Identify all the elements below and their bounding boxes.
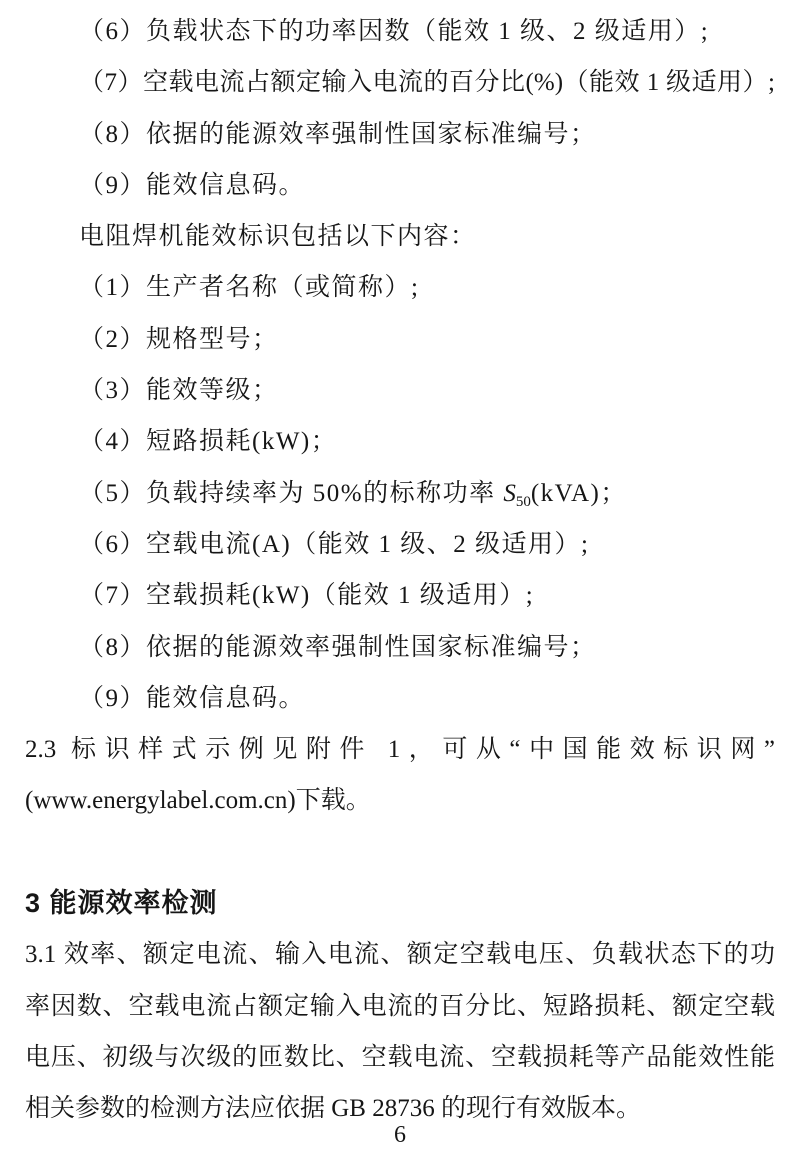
list-item-5: （5）负载持续率为 50%的标称功率 S50(kVA)； xyxy=(25,468,775,519)
list-item-6: （6）空载电流(A)（能效 1 级、2 级适用）; xyxy=(25,519,775,570)
list-item-5-prefix: （5）负载持续率为 50%的标称功率 xyxy=(79,480,503,507)
list-item-3: （3）能效等级； xyxy=(25,365,775,416)
clause-2-3-line-2: (www.energylabel.com.cn)下载。 xyxy=(25,775,775,826)
clause-3-1-line-3: 电压、初级与次级的匝数比、空载电流、空载损耗等产品能效性能 xyxy=(25,1032,775,1083)
list-item-8: （8）依据的能源效率强制性国家标准编号； xyxy=(25,622,775,673)
clause-3-1-line-2: 率因数、空载电流占额定输入电流的百分比、短路损耗、额定空载 xyxy=(25,981,775,1032)
list-item-9: （9）能效信息码。 xyxy=(25,673,775,724)
s50-subscript: 50 xyxy=(516,494,531,510)
intro-line: 电阻焊机能效标识包括以下内容： xyxy=(25,211,775,262)
list-item-top-9: （9）能效信息码。 xyxy=(25,160,775,211)
list-item-5-suffix: (kVA)； xyxy=(531,480,627,507)
blank-line xyxy=(25,827,775,878)
list-item-top-6: （6）负载状态下的功率因数（能效 1 级、2 级适用）; xyxy=(25,6,775,57)
list-item-top-7: （7）空载电流占额定输入电流的百分比(%)（能效 1 级适用）; xyxy=(25,57,775,108)
document-page: （6）负载状态下的功率因数（能效 1 级、2 级适用）; （7）空载电流占额定输… xyxy=(0,0,800,1155)
list-item-4: （4）短路损耗(kW)； xyxy=(25,416,775,467)
s50-symbol: S xyxy=(503,480,516,507)
section-3-heading: 3 能源效率检测 xyxy=(25,878,775,929)
list-item-top-8: （8）依据的能源效率强制性国家标准编号； xyxy=(25,109,775,160)
clause-2-3-line-1: 2.3 标识样式示例见附件 1，可从“中国能效标识网” xyxy=(25,724,775,775)
list-item-2: （2）规格型号； xyxy=(25,314,775,365)
clause-3-1-line-1: 3.1 效率、额定电流、输入电流、额定空载电压、负载状态下的功 xyxy=(25,929,775,980)
list-item-1: （1）生产者名称（或简称）; xyxy=(25,262,775,313)
page-number: 6 xyxy=(0,1120,800,1150)
list-item-7: （7）空载损耗(kW)（能效 1 级适用）; xyxy=(25,570,775,621)
